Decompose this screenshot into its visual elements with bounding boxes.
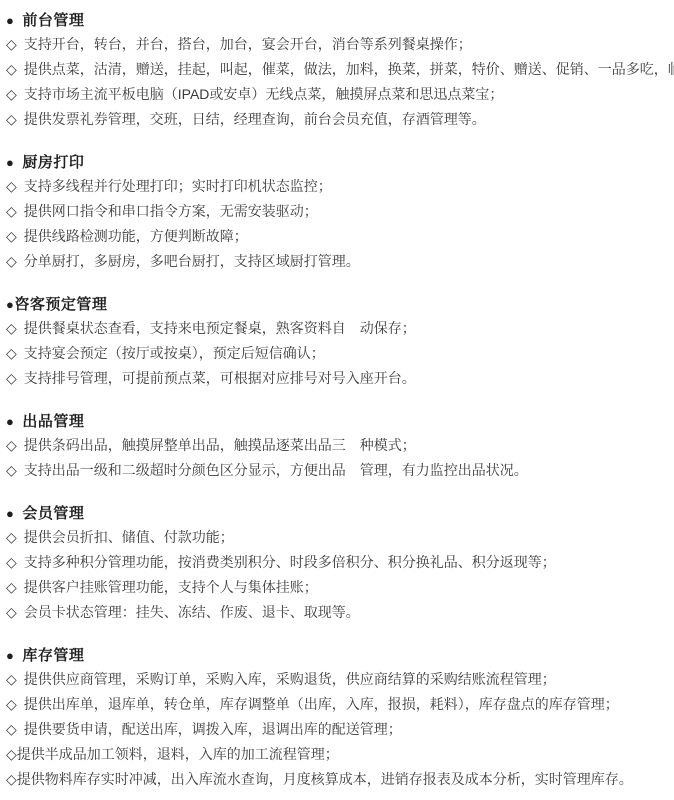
- diamond-bullet-icon: ◇: [6, 696, 17, 712]
- feature-text: 支持多种积分管理功能，按消费类别积分、时段多倍积分、积分换礼品、积分返现等；: [24, 554, 556, 570]
- feature-item: ◇提供点菜，沽清，赠送，挂起，叫起，催菜，做法，加料，换菜，拼菜，特价、赠送、促…: [6, 57, 668, 82]
- feature-item: ◇提供要货申请，配送出库，调拨入库，退调出库的配送管理；: [6, 717, 668, 742]
- section-title: 会员管理: [22, 505, 84, 522]
- feature-text: 提供网口指令和串口指令方案，无需安装驱动；: [24, 203, 318, 219]
- diamond-bullet-icon: ◇: [6, 604, 17, 620]
- feature-text: 提供条码出品，触摸屏整单出品，触摸品逐菜出品三 种模式；: [24, 437, 416, 453]
- section-membership: ●会员管理 ◇提供会员折扣、储值、付款功能； ◇支持多种积分管理功能，按消费类别…: [6, 503, 668, 625]
- feature-item: ◇提供餐桌状态查看，支持来电预定餐桌，熟客资料自 动保存；: [6, 316, 668, 341]
- section-reservation: ●咨客预定管理 ◇提供餐桌状态查看，支持来电预定餐桌，熟客资料自 动保存； ◇支…: [6, 294, 668, 391]
- feature-text: 提供要货申请，配送出库，调拨入库，退调出库的配送管理；: [24, 721, 402, 737]
- diamond-bullet-icon: ◇: [6, 671, 17, 687]
- circle-bullet-icon: ●: [6, 648, 14, 663]
- feature-list-page: ●前台管理 ◇支持开台，转台，并台，搭台，加台，宴会开台，消台等系列餐桌操作； …: [0, 0, 674, 800]
- section-title: 前台管理: [22, 12, 84, 29]
- feature-item: ◇提供条码出品，触摸屏整单出品，触摸品逐菜出品三 种模式；: [6, 433, 668, 458]
- section-heading: ●咨客预定管理: [6, 294, 668, 316]
- section-title: 出品管理: [22, 413, 84, 430]
- feature-text: 支持市场主流平板电脑（IPAD或安卓）无线点菜，触摸屏点菜和思迅点菜宝；: [24, 86, 504, 102]
- diamond-bullet-icon: ◇: [6, 529, 17, 545]
- feature-text: 提供餐桌状态查看，支持来电预定餐桌，熟客资料自 动保存；: [24, 320, 416, 336]
- diamond-bullet-icon: ◇: [6, 771, 17, 787]
- feature-text: 提供物料库存实时冲减，出入库流水查询，月度核算成本，进销存报表及成本分析，实时管…: [17, 771, 633, 787]
- feature-item: ◇提供供应商管理，采购订单，采购入库，采购退货，供应商结算的采购结账流程管理；: [6, 667, 668, 692]
- feature-item: ◇提供发票礼券管理，交班，日结，经理查询，前台会员充值，存酒管理等。: [6, 107, 668, 132]
- diamond-bullet-icon: ◇: [6, 36, 17, 52]
- feature-item: ◇支持开台，转台，并台，搭台，加台，宴会开台，消台等系列餐桌操作；: [6, 32, 668, 57]
- feature-text: 提供点菜，沽清，赠送，挂起，叫起，催菜，做法，加料，换菜，拼菜，特价、赠送、促销…: [24, 61, 674, 77]
- feature-item: ◇支持排号管理，可提前预点菜，可根据对应排号对号入座开台。: [6, 366, 668, 391]
- feature-item: ◇提供会员折扣、储值、付款功能；: [6, 525, 668, 550]
- diamond-bullet-icon: ◇: [6, 721, 17, 737]
- diamond-bullet-icon: ◇: [6, 253, 17, 269]
- section-heading: ●库存管理: [6, 645, 668, 667]
- feature-item: ◇会员卡状态管理：挂失、冻结、作废、退卡、取现等。: [6, 600, 668, 625]
- section-inventory: ●库存管理 ◇提供供应商管理，采购订单，采购入库，采购退货，供应商结算的采购结账…: [6, 645, 668, 792]
- circle-bullet-icon: ●: [6, 414, 14, 429]
- feature-text: 支持多线程并行处理打印；实时打印机状态监控；: [24, 178, 332, 194]
- section-front-desk: ●前台管理 ◇支持开台，转台，并台，搭台，加台，宴会开台，消台等系列餐桌操作； …: [6, 10, 668, 132]
- section-heading: ●厨房打印: [6, 152, 668, 174]
- feature-item: ◇支持宴会预定（按厅或按桌），预定后短信确认；: [6, 341, 668, 366]
- diamond-bullet-icon: ◇: [6, 579, 17, 595]
- feature-item: ◇提供物料库存实时冲减，出入库流水查询，月度核算成本，进销存报表及成本分析，实时…: [6, 767, 668, 792]
- diamond-bullet-icon: ◇: [6, 746, 17, 762]
- diamond-bullet-icon: ◇: [6, 111, 17, 127]
- feature-text: 分单厨打，多厨房，多吧台厨打，支持区域厨打管理。: [24, 253, 360, 269]
- section-title: 厨房打印: [22, 154, 84, 171]
- feature-text: 支持出品一级和二级超时分颜色区分显示，方便出品 管理，有力监控出品状况。: [24, 462, 528, 478]
- diamond-bullet-icon: ◇: [6, 370, 17, 386]
- diamond-bullet-icon: ◇: [6, 86, 17, 102]
- feature-text: 提供线路检测功能，方便判断故障；: [24, 228, 248, 244]
- feature-text: 支持宴会预定（按厅或按桌），预定后短信确认；: [24, 345, 325, 361]
- feature-item: ◇提供出库单，退库单，转仓单，库存调整单（出库，入库，报损，耗料），库存盘点的库…: [6, 692, 668, 717]
- diamond-bullet-icon: ◇: [6, 554, 17, 570]
- feature-item: ◇提供网口指令和串口指令方案，无需安装驱动；: [6, 199, 668, 224]
- feature-text: 提供会员折扣、储值、付款功能；: [24, 529, 234, 545]
- feature-text: 提供发票礼券管理，交班，日结，经理查询，前台会员充值，存酒管理等。: [24, 111, 486, 127]
- feature-text: 提供出库单，退库单，转仓单，库存调整单（出库，入库，报损，耗料），库存盘点的库存…: [24, 696, 619, 712]
- diamond-bullet-icon: ◇: [6, 437, 17, 453]
- section-serving: ●出品管理 ◇提供条码出品，触摸屏整单出品，触摸品逐菜出品三 种模式； ◇支持出…: [6, 411, 668, 483]
- diamond-bullet-icon: ◇: [6, 178, 17, 194]
- feature-item: ◇提供客户挂账管理功能，支持个人与集体挂账；: [6, 575, 668, 600]
- section-title: 库存管理: [22, 647, 84, 664]
- feature-item: ◇提供线路检测功能，方便判断故障；: [6, 224, 668, 249]
- feature-item: ◇分单厨打，多厨房，多吧台厨打，支持区域厨打管理。: [6, 249, 668, 274]
- circle-bullet-icon: ●: [6, 506, 14, 521]
- section-title: 咨客预定管理: [14, 296, 107, 313]
- feature-item: ◇支持市场主流平板电脑（IPAD或安卓）无线点菜，触摸屏点菜和思迅点菜宝；: [6, 82, 668, 107]
- feature-text: 支持开台，转台，并台，搭台，加台，宴会开台，消台等系列餐桌操作；: [24, 36, 472, 52]
- feature-text: 提供供应商管理，采购订单，采购入库，采购退货，供应商结算的采购结账流程管理；: [24, 671, 556, 687]
- section-heading: ●会员管理: [6, 503, 668, 525]
- diamond-bullet-icon: ◇: [6, 462, 17, 478]
- feature-text: 支持排号管理，可提前预点菜，可根据对应排号对号入座开台。: [24, 370, 416, 386]
- feature-text: 会员卡状态管理：挂失、冻结、作废、退卡、取现等。: [24, 604, 360, 620]
- diamond-bullet-icon: ◇: [6, 203, 17, 219]
- feature-item: ◇支持出品一级和二级超时分颜色区分显示，方便出品 管理，有力监控出品状况。: [6, 458, 668, 483]
- section-kitchen-print: ●厨房打印 ◇支持多线程并行处理打印；实时打印机状态监控； ◇提供网口指令和串口…: [6, 152, 668, 274]
- section-heading: ●前台管理: [6, 10, 668, 32]
- section-heading: ●出品管理: [6, 411, 668, 433]
- diamond-bullet-icon: ◇: [6, 345, 17, 361]
- circle-bullet-icon: ●: [6, 155, 14, 170]
- diamond-bullet-icon: ◇: [6, 228, 17, 244]
- circle-bullet-icon: ●: [6, 13, 14, 28]
- feature-item: ◇提供半成品加工领料，退料，入库的加工流程管理；: [6, 742, 668, 767]
- diamond-bullet-icon: ◇: [6, 61, 17, 77]
- feature-text: 提供客户挂账管理功能，支持个人与集体挂账；: [24, 579, 318, 595]
- feature-item: ◇支持多线程并行处理打印；实时打印机状态监控；: [6, 174, 668, 199]
- feature-item: ◇支持多种积分管理功能，按消费类别积分、时段多倍积分、积分换礼品、积分返现等；: [6, 550, 668, 575]
- diamond-bullet-icon: ◇: [6, 320, 17, 336]
- feature-text: 提供半成品加工领料，退料，入库的加工流程管理；: [17, 746, 339, 762]
